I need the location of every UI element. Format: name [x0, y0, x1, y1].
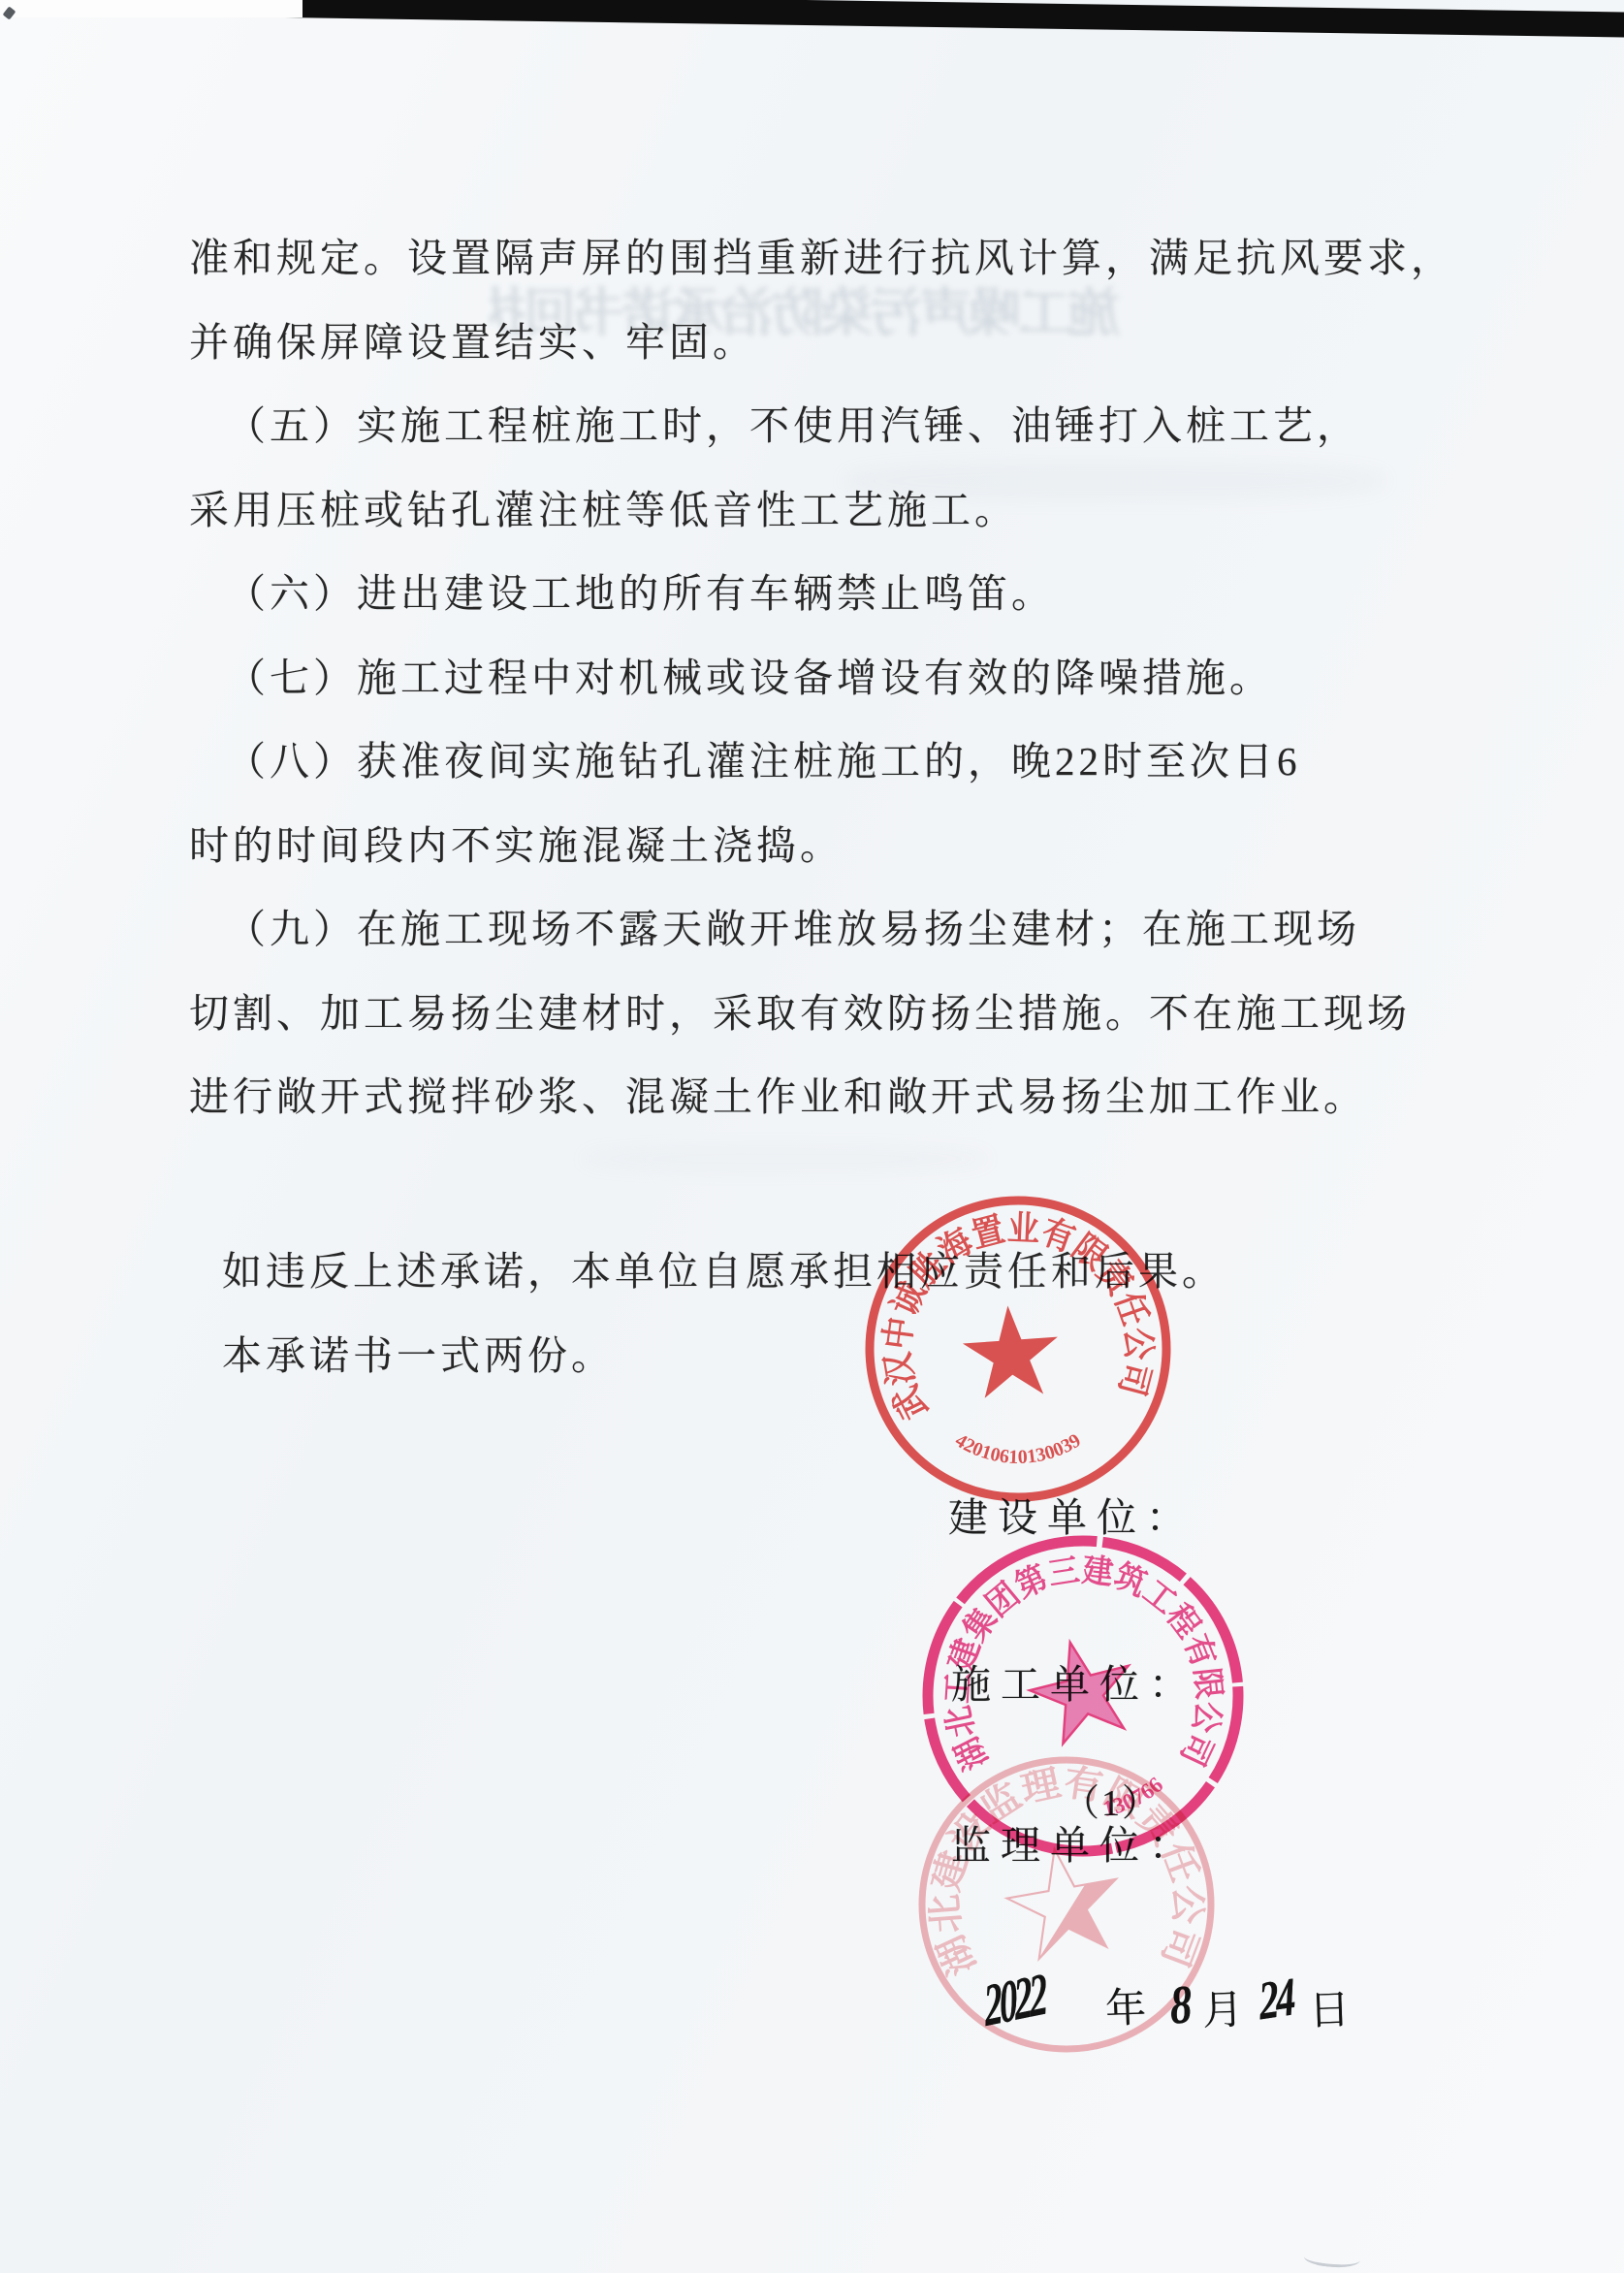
body-line-item-9: （九）在施工现场不露天敞开堆放易扬尘建材；在施工现场 — [189, 897, 1420, 981]
seal-number: 130766 — [1100, 1773, 1167, 1821]
closing-line: 本承诺书一式两份。 — [189, 1324, 1420, 1408]
body-line: 时的时间段内不实施混凝土浇捣。 — [189, 814, 1420, 898]
body-line-item-7: （七）施工过程中对机械或设备增设有效的降噪措施。 — [189, 646, 1420, 730]
body-line: 并确保屏障设置结实、牢固。 — [189, 310, 1420, 395]
body-text: 准和规定。设置隔声屏的围挡重新进行抗风计算，满足抗风要求， 并确保屏障设置结实、… — [189, 226, 1420, 1149]
closing-text: 如违反上述承诺，本单位自愿承担相应责任和后果。 本承诺书一式两份。 — [189, 1239, 1420, 1407]
seal-number: 42010610130039 — [951, 1429, 1084, 1468]
contractor-seal-stamp: 湖北工建集团第三建筑工程有限公司 130766 — [904, 1517, 1262, 1875]
scanned-document-page: 施工噪声污染防治承诺书回执 准和规定。设置隔声屏的围挡重新进行抗风计算，满足抗风… — [0, 0, 1624, 2273]
body-line: 切割、加工易扬尘建材时，采取有效防扬尘措施。不在施工现场 — [189, 981, 1420, 1066]
star-icon — [962, 1304, 1060, 1398]
body-line: 准和规定。设置隔声屏的围挡重新进行抗风计算，满足抗风要求， — [189, 226, 1420, 310]
scan-corner-highlight — [0, 0, 303, 17]
scan-smudge-mark — [1303, 2247, 1361, 2270]
closing-line: 如违反上述承诺，本单位自愿承担相应责任和后果。 — [189, 1239, 1420, 1324]
body-line: 进行敞开式搅拌砂浆、混凝土作业和敞开式易扬尘加工作业。 — [189, 1065, 1420, 1149]
body-line-item-8: （八）获准夜间实施钻孔灌注桩施工的，晚22时至次日6 — [189, 729, 1420, 814]
scanner-edge-band — [283, 0, 1624, 39]
bleedthrough-smudge — [582, 1144, 989, 1173]
star-icon — [1021, 1630, 1143, 1748]
developer-seal-stamp: 武汉中诚胜海置业有限责任公司 42010610130039 — [844, 1174, 1193, 1523]
date-day-label: 日 — [1308, 1977, 1351, 2036]
date-day: 24 — [1257, 1967, 1294, 2033]
body-line-item-6: （六）进出建设工地的所有车辆禁止鸣笛。 — [189, 561, 1420, 646]
body-line-item-5: （五）实施工程桩施工时，不使用汽锤、油锤打入桩工艺， — [189, 394, 1420, 478]
body-line: 采用压桩或钻孔灌注桩等低音性工艺施工。 — [189, 478, 1420, 562]
